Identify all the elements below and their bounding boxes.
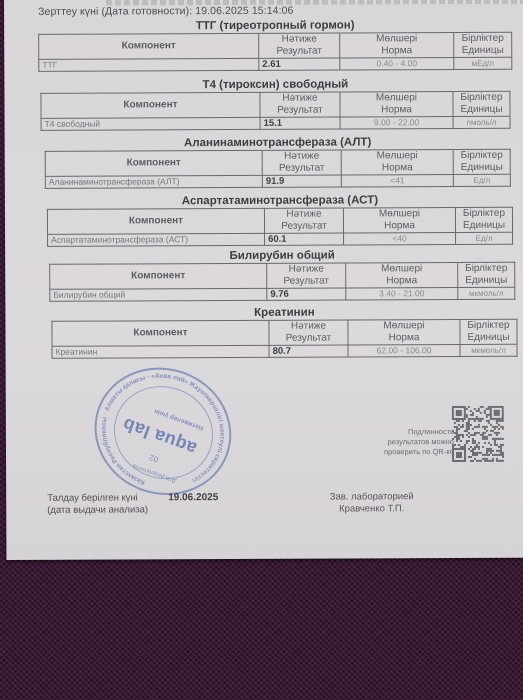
table-row: Т4 свободный15.19.00 - 22.00пмоль/л xyxy=(41,116,510,130)
ready-date-label: Зерттеу күні (Дата готовности): xyxy=(38,5,192,18)
norm-range: 62.00 - 106.00 xyxy=(348,345,460,357)
qr-note-line2: результатов можно xyxy=(384,437,454,447)
units: мкмоль/л xyxy=(460,344,517,356)
table-header-row: КомпонентНәтижеРезультатМөлшеріНормаБірл… xyxy=(45,149,510,176)
component-name: Креатинин xyxy=(52,345,269,358)
component-name: Аспартатаминотрансфераза (АСТ) xyxy=(48,233,265,246)
header-norm: МөлшеріНорма xyxy=(341,150,453,175)
ready-date: Зерттеу күні (Дата готовности): 19.06.20… xyxy=(38,5,293,18)
lab-results-sheet: Зерттеу күні (Дата готовности): 19.06.20… xyxy=(4,0,523,560)
header-norm: МөлшеріНорма xyxy=(348,320,460,345)
section-title: Креатинин xyxy=(51,306,517,320)
result-value: 91.9 xyxy=(262,175,341,187)
header-component: Компонент xyxy=(45,150,262,176)
table-header-row: КомпонентНәтижеРезультатМөлшеріНормаБірл… xyxy=(39,32,512,59)
result-value: 60.1 xyxy=(265,233,344,245)
lab-head-title: Зав. лабораторией xyxy=(324,491,419,503)
norm-range: <41 xyxy=(341,175,453,187)
header-norm: МөлшеріНорма xyxy=(340,33,454,58)
issue-date-label: Талдау берілген күні (дата выдачи анализ… xyxy=(47,492,148,516)
units: мЕд/л xyxy=(454,57,512,69)
lab-head-name: Кравченко Т.П. xyxy=(324,503,419,515)
header-units: БірліктерЕдиницы xyxy=(453,91,510,116)
result-value: 9.76 xyxy=(267,288,346,300)
lab-stamp: Казахстан Республикасы · Алматы қаласы ·… xyxy=(77,349,249,514)
results-table: КомпонентНәтижеРезультатМөлшеріНормаБірл… xyxy=(45,149,511,189)
header-result: НәтижеРезультат xyxy=(262,150,341,175)
header-norm: МөлшеріНорма xyxy=(346,263,458,288)
header-result: НәтижеРезультат xyxy=(259,33,340,58)
header-result: НәтижеРезультат xyxy=(267,263,346,288)
header-result: НәтижеРезультат xyxy=(264,208,343,233)
section-title: Аланинаминотрансфераза (АЛТ) xyxy=(45,136,511,150)
result-value: 80.7 xyxy=(269,345,348,357)
table-row: Аспартатаминотрансфераза (АСТ)60.1<40Ед/… xyxy=(48,232,513,246)
component-name: Билирубин общий xyxy=(50,288,267,301)
norm-range: 0.40 - 4.00 xyxy=(340,58,454,70)
header-units: БірліктерЕдиницы xyxy=(454,32,512,57)
header-result: НәтижеРезультат xyxy=(269,320,348,345)
norm-range: <40 xyxy=(344,233,456,245)
section-title: Билирубин общий xyxy=(49,249,515,263)
component-name: ТТГ xyxy=(39,58,259,71)
section-title: Т4 (тироксин) свободный xyxy=(40,78,510,92)
qr-code-icon[interactable] xyxy=(452,406,504,462)
issue-date: 19.06.2025 xyxy=(168,492,218,503)
section-title: Аспартатаминотрансфераза (АСТ) xyxy=(47,194,513,208)
results-table: КомпонентНәтижеРезультатМөлшеріНормаБірл… xyxy=(49,262,515,302)
norm-range: 3.40 - 21.00 xyxy=(346,288,458,300)
issue-label-kz: Талдау берілген күні xyxy=(47,492,148,504)
header-result: НәтижеРезультат xyxy=(260,92,340,117)
units: Ед/л xyxy=(456,232,513,244)
units: пмоль/л xyxy=(453,116,510,128)
result-value: 15.1 xyxy=(260,117,340,129)
norm-range: 9.00 - 22.00 xyxy=(340,117,453,129)
header-component: Компонент xyxy=(52,320,269,346)
qr-note-line1: Подлинность xyxy=(384,427,454,437)
table-row: ТТГ2.610.40 - 4.00мЕд/л xyxy=(39,57,512,71)
results-table: КомпонентНәтижеРезультатМөлшеріНормаБірл… xyxy=(38,32,512,72)
table-header-row: КомпонентНәтижеРезультатМөлшеріНормаБірл… xyxy=(52,319,517,346)
table-header-row: КомпонентНәтижеРезультатМөлшеріНормаБірл… xyxy=(47,207,512,234)
result-value: 2.61 xyxy=(259,58,340,70)
header-units: БірліктерЕдиницы xyxy=(455,207,512,232)
header-component: Компонент xyxy=(47,208,264,234)
component-name: Аланинаминотрансфераза (АЛТ) xyxy=(45,175,262,188)
section-title: ТТГ (тиреотропный гормон) xyxy=(38,19,512,33)
header-component: Компонент xyxy=(50,263,267,289)
component-name: Т4 свободный xyxy=(41,117,260,130)
table-row: Аланинаминотрансфераза (АЛТ)91.9<41Ед/л xyxy=(45,174,510,188)
header-component: Компонент xyxy=(41,92,260,118)
header-component: Компонент xyxy=(39,33,259,59)
header-units: БірліктерЕдиницы xyxy=(453,149,510,174)
table-header-row: КомпонентНәтижеРезультатМөлшеріНормаБірл… xyxy=(50,262,515,289)
table-row: Билирубин общий9.763.40 - 21.00мкмоль/л xyxy=(50,287,515,301)
results-table: КомпонентНәтижеРезультатМөлшеріНормаБірл… xyxy=(40,91,510,131)
header-norm: МөлшеріНорма xyxy=(340,92,453,117)
lab-head-signature: Зав. лабораторией Кравченко Т.П. xyxy=(324,491,419,515)
qr-note-line3: проверить по QR-коду xyxy=(384,447,454,457)
units: мкмоль/л xyxy=(458,287,515,299)
header-units: БірліктерЕдиницы xyxy=(460,319,517,344)
qr-verification-note: Подлинность результатов можно проверить … xyxy=(384,427,454,457)
header-norm: МөлшеріНорма xyxy=(343,208,455,233)
table-header-row: КомпонентНәтижеРезультатМөлшеріНормаБірл… xyxy=(41,91,510,118)
issue-label-ru: (дата выдачи анализа) xyxy=(47,504,148,516)
results-table: КомпонентНәтижеРезультатМөлшеріНормаБірл… xyxy=(47,207,513,247)
header-units: БірліктерЕдиницы xyxy=(458,262,515,287)
ready-date-value: 19.06.2025 15:14:06 xyxy=(195,5,293,17)
units: Ед/л xyxy=(453,174,510,186)
